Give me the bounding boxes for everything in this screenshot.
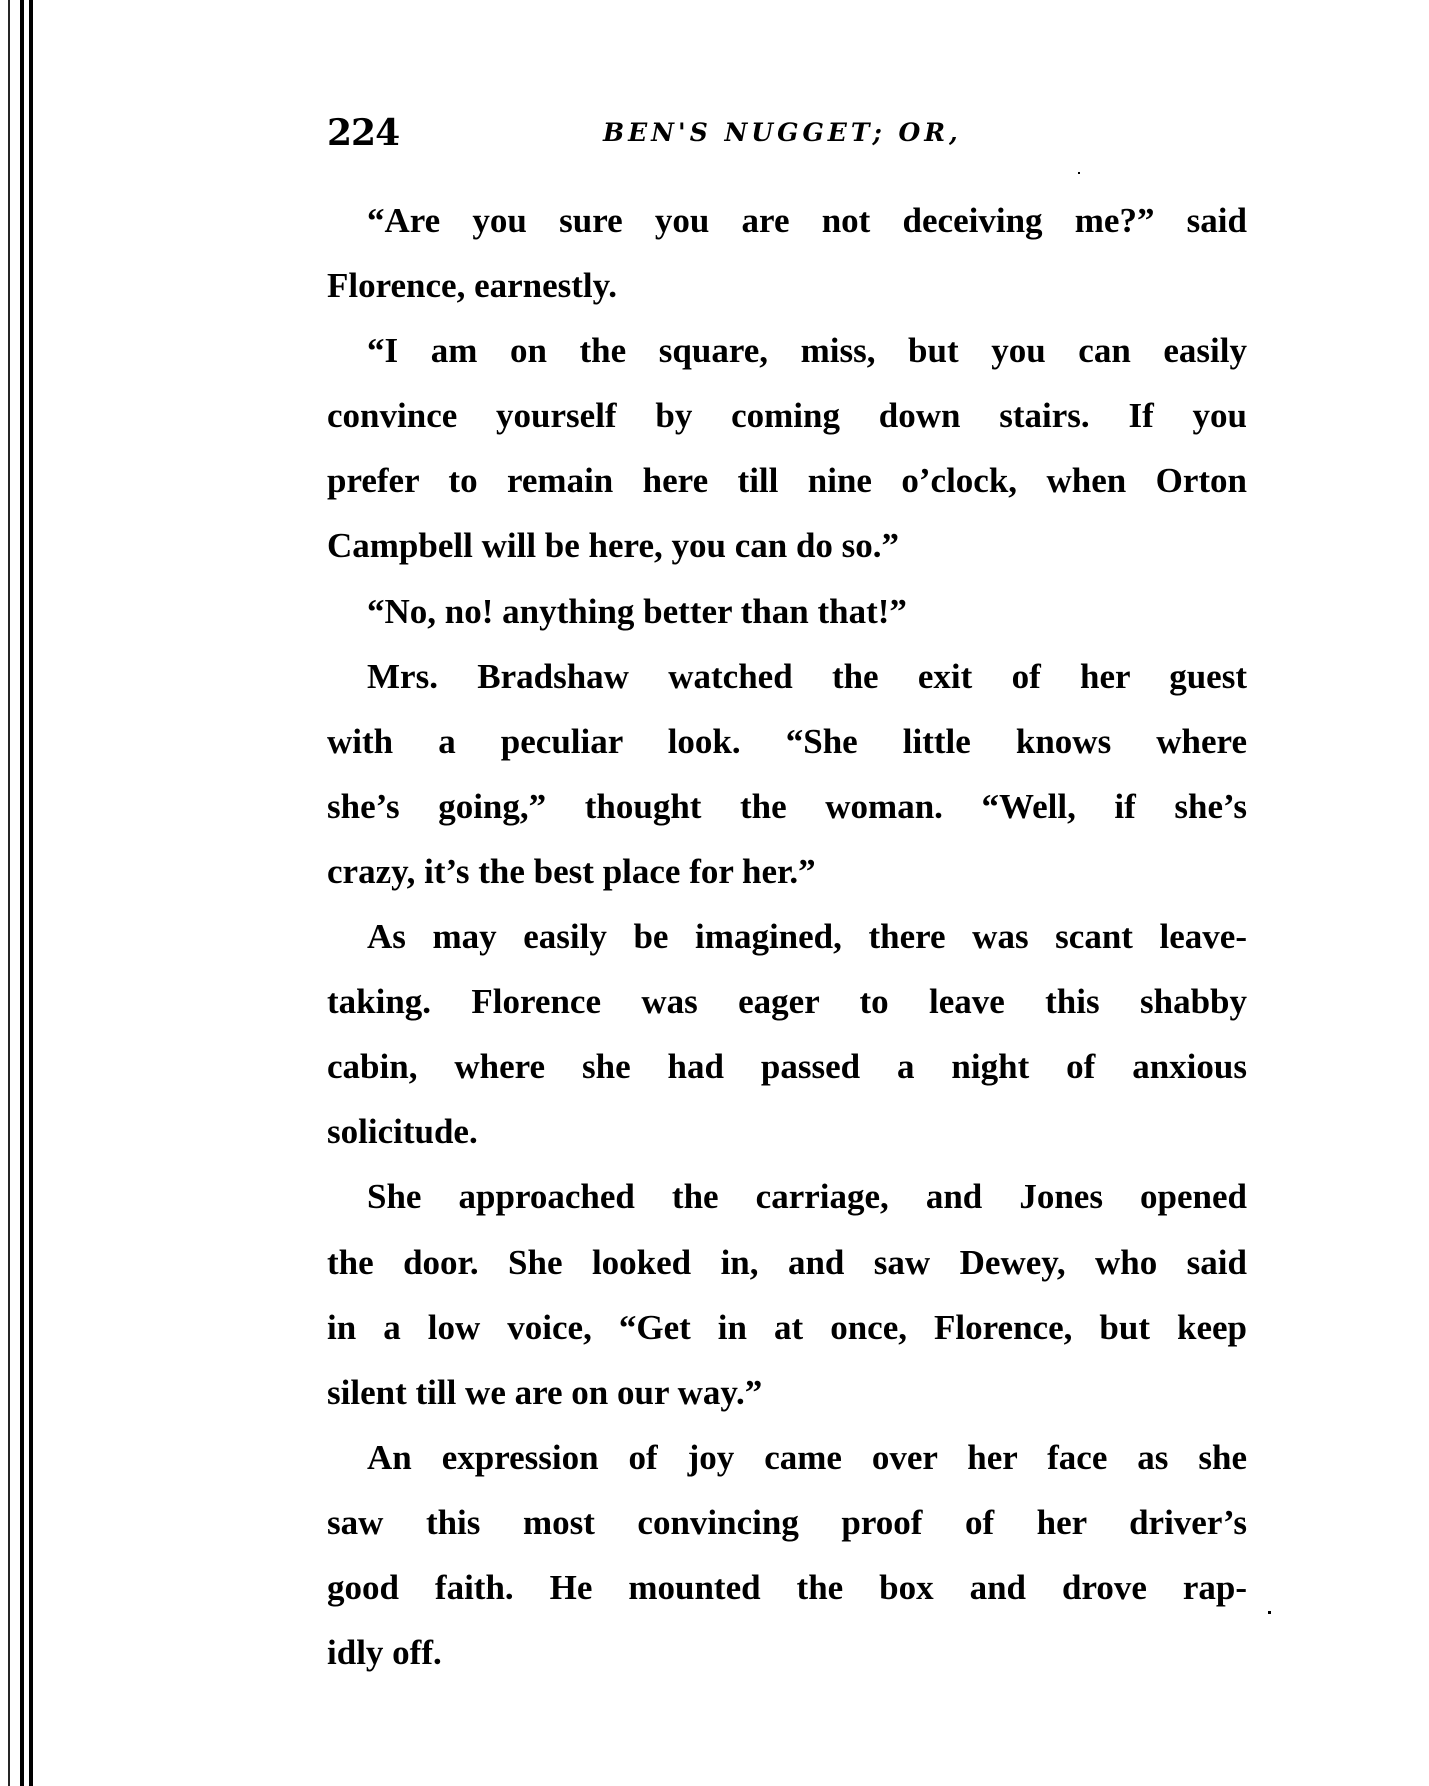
page-edge-line xyxy=(20,0,24,1786)
paragraph: “I am on the square, miss, but you can e… xyxy=(327,318,1247,578)
body-text: “Are you sure you are not deceiving me?”… xyxy=(327,188,1247,1685)
text-line: idly off. xyxy=(327,1620,1247,1685)
page-edge-line xyxy=(8,0,10,1786)
text-line: in a low voice, “Get in at once, Florenc… xyxy=(327,1295,1247,1360)
text-line: She approached the carriage, and Jones o… xyxy=(327,1164,1247,1229)
scan-speck xyxy=(1268,1611,1271,1614)
paragraph: “Are you sure you are not deceiving me?”… xyxy=(327,188,1247,318)
text-line: crazy, it’s the best place for her.” xyxy=(327,839,1247,904)
text-line: convince yourself by coming down stairs.… xyxy=(327,383,1247,448)
text-line: she’s going,” thought the woman. “Well, … xyxy=(327,774,1247,839)
text-line: Mrs. Bradshaw watched the exit of her gu… xyxy=(327,644,1247,709)
text-line: “No, no! anything better than that!” xyxy=(327,579,1247,644)
text-line: saw this most convincing proof of her dr… xyxy=(327,1490,1247,1555)
text-line: good faith. He mounted the box and drove… xyxy=(327,1555,1247,1620)
paragraph: “No, no! anything better than that!” xyxy=(327,579,1247,644)
paragraph: An expression of joy came over her face … xyxy=(327,1425,1247,1685)
running-head: 224 BEN'S NUGGET; OR, xyxy=(327,112,1247,152)
paragraph: As may easily be imagined, there was sca… xyxy=(327,904,1247,1164)
text-line: Campbell will be here, you can do so.” xyxy=(327,513,1247,578)
text-line: taking. Florence was eager to leave this… xyxy=(327,969,1247,1034)
page-edge-line xyxy=(29,0,33,1786)
text-line: “I am on the square, miss, but you can e… xyxy=(327,318,1247,383)
text-line: silent till we are on our way.” xyxy=(327,1360,1247,1425)
paragraph: Mrs. Bradshaw watched the exit of her gu… xyxy=(327,644,1247,904)
text-line: An expression of joy came over her face … xyxy=(327,1425,1247,1490)
text-line: solicitude. xyxy=(327,1099,1247,1164)
text-line: the door. She looked in, and saw Dewey, … xyxy=(327,1230,1247,1295)
text-line: “Are you sure you are not deceiving me?”… xyxy=(327,188,1247,253)
book-title: BEN'S NUGGET; OR, xyxy=(603,118,962,147)
scan-speck xyxy=(1078,172,1080,174)
text-line: prefer to remain here till nine o’clock,… xyxy=(327,448,1247,513)
text-line: As may easily be imagined, there was sca… xyxy=(327,904,1247,969)
page-number: 224 xyxy=(327,112,399,154)
text-line: Florence, earnestly. xyxy=(327,253,1247,318)
text-line: cabin, where she had passed a night of a… xyxy=(327,1034,1247,1099)
paragraph: She approached the carriage, and Jones o… xyxy=(327,1164,1247,1424)
text-line: with a peculiar look. “She little knows … xyxy=(327,709,1247,774)
